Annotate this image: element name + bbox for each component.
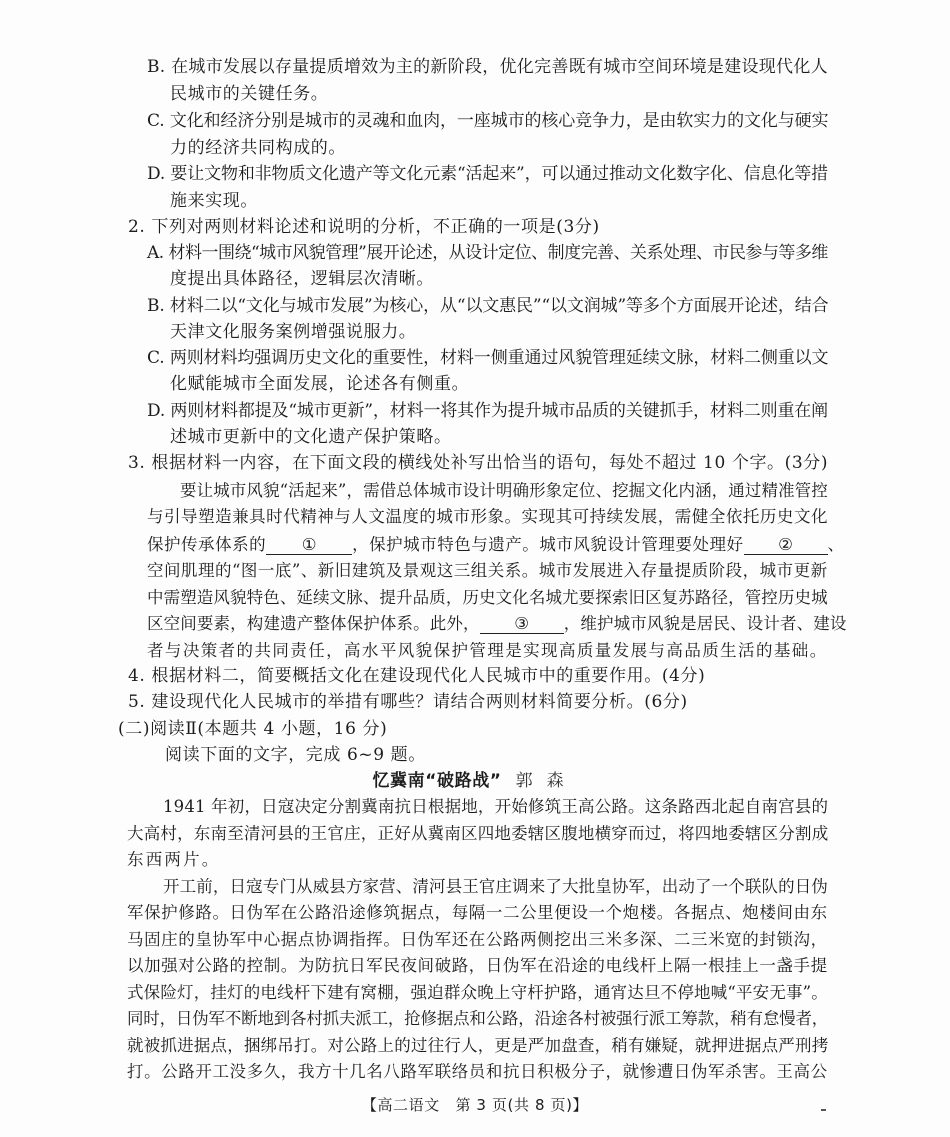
answer-blank-1[interactable]: ①	[266, 536, 352, 555]
passage-p2-line2: 军保护修路。日伪军在公路沿途修筑据点，每隔一二公里便设一个炮楼。各据点、炮楼间由…	[127, 902, 828, 924]
q3-passage-line4: 空间肌理的“图一底”、新旧建筑及景观这三组关系。城市发展进入存量提质阶段，城市更…	[147, 560, 828, 582]
article-title-text: 忆冀南“破路战”	[372, 771, 501, 791]
q3-passage-line7: 者与决策者的共同责任，高水平风貌保护管理是实现高质量发展与高品质生活的基础。	[147, 640, 828, 662]
article-author: 郭森	[516, 771, 578, 791]
passage-p1-line2: 大高村，东南至清河县的王官庄，正好从冀南区四地委辖区腹地横穿而过，将四地委辖区分…	[127, 823, 828, 845]
q3-passage-line5: 中需塑造风貌特色、延续文脉、提升品质，历史文化名城尤要探索旧区复苏路径，管控历史…	[147, 587, 828, 609]
exam-page: B. 在城市发展以存量提质增效为主的新阶段，优化完善既有城市空间环境是建设现代化…	[0, 0, 950, 1137]
section2-instruction: 阅读下面的文字，完成 6~9 题。	[165, 744, 426, 766]
corner-mark	[821, 1109, 826, 1111]
passage-p2-line6: 同时，日伪军不断地到各村抓夫派工，抢修据点和公路，沿途各村被强行派工筹款，稍有怠…	[127, 1008, 828, 1030]
q2-option-d-line1: D. 两则材料都提及“城市更新”，材料一将其作为提升城市品质的关键抓手，材料二则…	[147, 400, 828, 422]
passage-p2-line4: 以加强对公路的控制。为防抗日军民夜间破路，日伪军在沿途的电线杆上隔一根挂上一盏手…	[127, 955, 828, 977]
q2-option-c-line2: 化赋能城市全面发展，论述各有侧重。	[170, 373, 469, 395]
q3-line6-text-b: ，维护城市风貌是居民、设计者、建设	[564, 614, 847, 633]
q2-option-d-line2: 述城市更新中的文化遗产保护策略。	[170, 426, 452, 448]
section2-heading: (二)阅读Ⅱ(本题共 4 小题，16 分)	[118, 718, 387, 740]
page-footer: 【高二语文 第 3 页(共 8 页)】	[0, 1094, 950, 1116]
q3-passage-line6: 区空间要素，构建遗产整体保护体系。此外，③，维护城市风貌是居民、设计者、建设	[147, 613, 847, 635]
q1-option-d-line1: D. 要让文物和非物质文化遗产等文化元素“活起来”，可以通过推动文化数字化、信息…	[147, 163, 828, 185]
passage-p2-line8: 打。公路开工没多久，我方十几名八路军联络员和抗日积极分子，就惨遭日伪军杀害。王高…	[127, 1061, 828, 1083]
q3-stem: 3. 根据材料一内容，在下面文段的横线处补写出恰当的语句，每处不超过 10 个字…	[128, 452, 828, 474]
q1-option-b-line1: B. 在城市发展以存量提质增效为主的新阶段，优化完善既有城市空间环境是建设现代化…	[147, 56, 828, 78]
q1-option-d-line2: 施来实现。	[170, 190, 258, 212]
article-title: 忆冀南“破路战”郭森	[0, 770, 950, 792]
q3-line3-text-c: 、	[828, 535, 845, 554]
q3-passage-line1: 要让城市风貌“活起来”，需借总体城市设计明确形象定位、挖掘文化内涵，通过精准管控	[180, 480, 828, 502]
q1-option-c-line1: C. 文化和经济分别是城市的灵魂和血肉，一座城市的核心竞争力，是由软实力的文化与…	[147, 110, 828, 132]
answer-blank-3[interactable]: ③	[480, 615, 564, 634]
answer-blank-2[interactable]: ②	[744, 536, 828, 555]
passage-p1-line3: 东西两片。	[127, 849, 221, 871]
q1-option-c-line2: 力的经济共同构成的。	[170, 137, 346, 159]
q2-option-b-line2: 天津文化服务案例增强说服力。	[170, 321, 416, 343]
passage-p2-line3: 马固庄的皇协军中心据点协调指挥。日伪军还在公路两侧挖出三米多深、二三米宽的封锁沟…	[127, 929, 828, 951]
q2-stem: 2. 下列对两则材料论述和说明的分析，不正确的一项是(3分)	[128, 216, 600, 238]
passage-p2-line5: 式保险灯，挂灯的电线杆下建有窝棚，强迫群众晚上守杆护路，通宵达旦不停地喊“平安无…	[127, 982, 828, 1004]
q2-option-b-line1: B. 材料二以“文化与城市发展”为核心，从“以文惠民”“以文润城”等多个方面展开…	[147, 295, 828, 317]
q4-stem: 4. 根据材料二，简要概括文化在建设现代化人民城市中的重要作用。(4分)	[128, 665, 705, 687]
passage-p1-line1: 1941 年初，日寇决定分割冀南抗日根据地，开始修筑王高公路。这条路西北起自南宫…	[163, 796, 828, 818]
passage-p2-line1: 开工前，日寇专门从威县方家营、清河县王官庄调来了大批皇协军，出动了一个联队的日伪	[163, 876, 828, 898]
q2-option-a-line1: A. 材料一围绕“城市风貌管理”展开论述，从设计定位、制度完善、关系处理、市民参…	[147, 242, 828, 264]
q5-stem: 5. 建设现代化人民城市的举措有哪些？请结合两则材料简要分析。(6分)	[128, 691, 688, 713]
q1-option-b-line2: 民城市的关键任务。	[170, 83, 328, 105]
passage-p2-line7: 就被抓进据点，捆绑吊打。对公路上的过往行人，更是严加盘查，稍有嫌疑，就押进据点严…	[127, 1035, 828, 1057]
q3-line6-text-a: 区空间要素，构建遗产整体保护体系。此外，	[147, 614, 480, 633]
q3-passage-line2: 与引导塑造兼具时代精神与人文温度的城市形象。实现其可持续发展，需健全依托历史文化	[147, 506, 828, 528]
q3-line3-text-b: ，保护城市特色与遗产。城市风貌设计管理要处理好	[352, 535, 743, 554]
q2-option-c-line1: C. 两则材料均强调历史文化的重要性，材料一侧重通过风貌管理延续文脉，材料二侧重…	[147, 347, 828, 369]
q2-option-a-line2: 度提出具体路径，逻辑层次清晰。	[170, 268, 434, 290]
q3-passage-line3: 保护传承体系的①，保护城市特色与遗产。城市风貌设计管理要处理好②、	[147, 534, 845, 556]
q3-line3-text-a: 保护传承体系的	[147, 535, 266, 554]
